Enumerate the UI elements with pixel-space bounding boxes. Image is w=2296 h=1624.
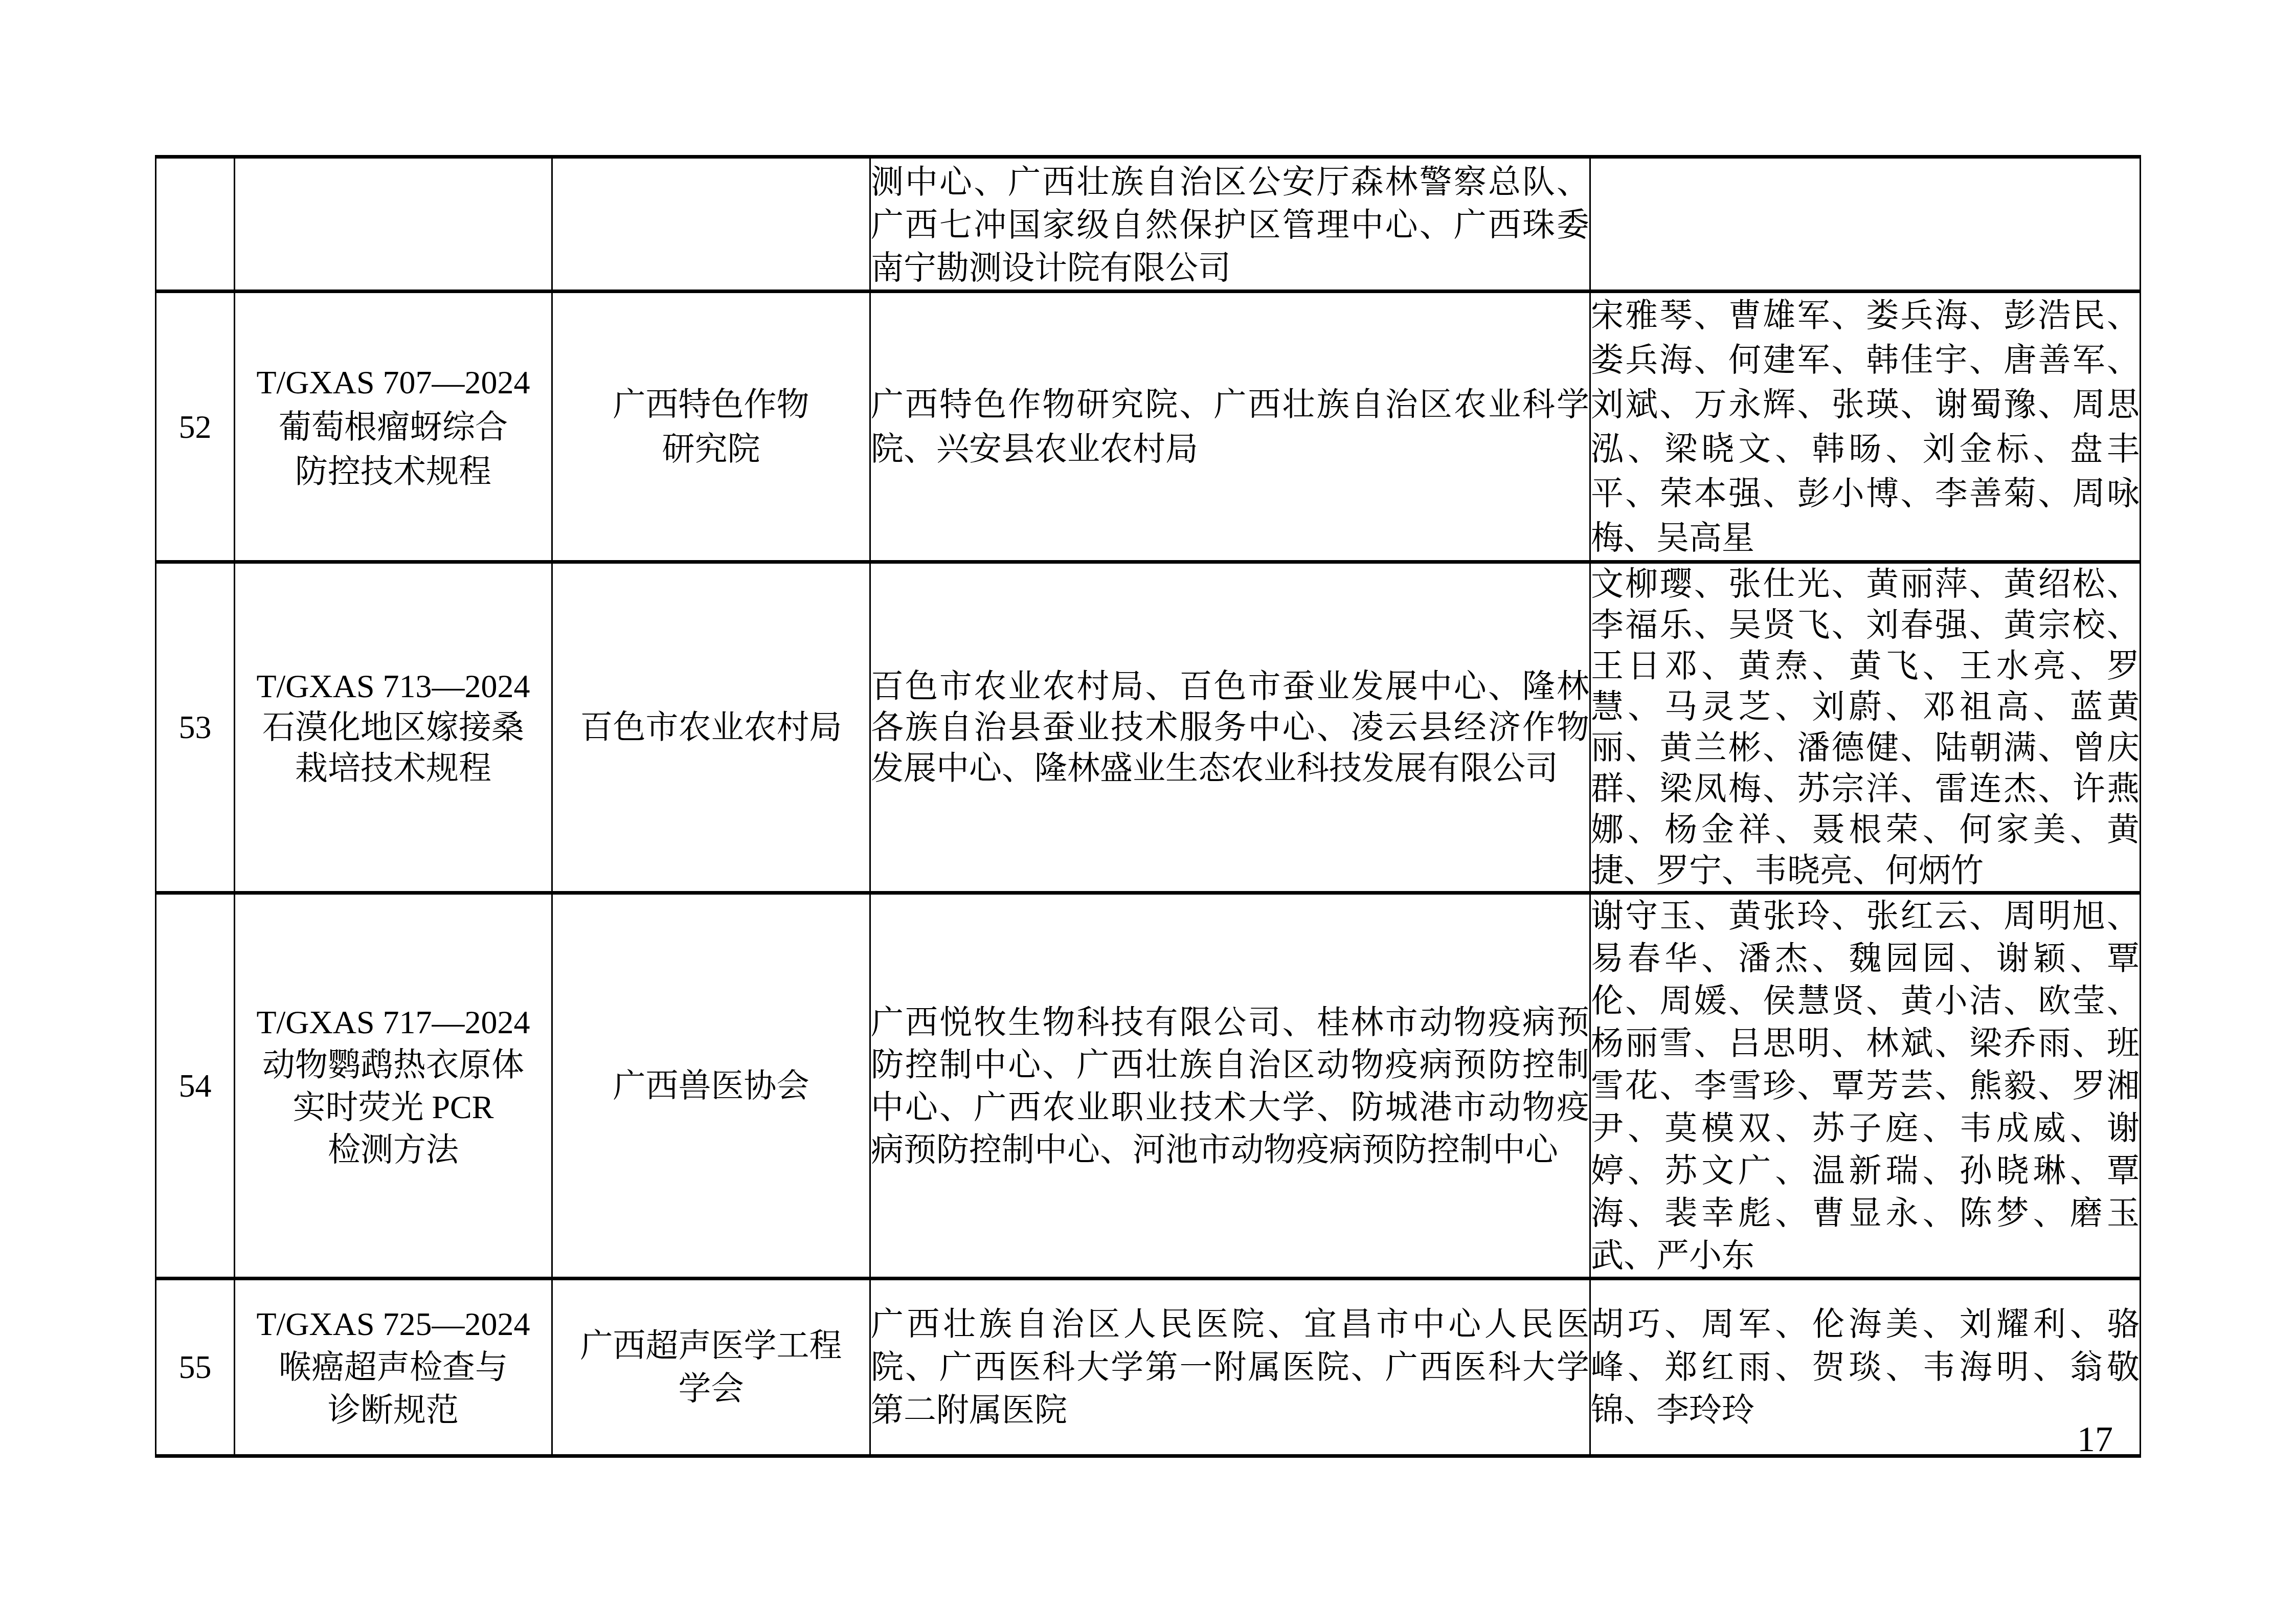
- proposer-cell: 广西兽医协会: [552, 893, 870, 1279]
- table-row-52: 52 T/GXAS 707—2024 葡萄根瘤蚜综合 防控技术规程 广西特色作物…: [156, 292, 2141, 562]
- drafting-units-cell: 广西壮族自治区人民医院、宜昌市中心人民医院、广西医科大学第一附属医院、广西医科大…: [870, 1279, 1590, 1456]
- table-row-53: 53 T/GXAS 713—2024 石漠化地区嫁接桑 栽培技术规程 百色市农业…: [156, 562, 2141, 893]
- drafters-cell: 宋雅琴、曹雄军、娄兵海、彭浩民、娄兵海、何建军、韩佳宇、唐善军、刘斌、万永辉、张…: [1590, 292, 2141, 562]
- seq-cell: 54: [156, 893, 235, 1279]
- proposer-cell: 广西超声医学工程 学会: [552, 1279, 870, 1456]
- standard-cell: T/GXAS 707—2024 葡萄根瘤蚜综合 防控技术规程: [235, 292, 552, 562]
- drafting-units-cell: 百色市农业农村局、百色市蚕业发展中心、隆林各族自治县蚕业技术服务中心、凌云县经济…: [870, 562, 1590, 893]
- proposer-cell: 广西特色作物 研究院: [552, 292, 870, 562]
- table-row-54: 54 T/GXAS 717—2024 动物鹦鹉热衣原体 实时荧光 PCR 检测方…: [156, 893, 2141, 1279]
- standard-cell: T/GXAS 725—2024 喉癌超声检查与 诊断规范: [235, 1279, 552, 1456]
- proposer-cell: 百色市农业农村局: [552, 562, 870, 893]
- drafting-units-cell: 测中心、广西壮族自治区公安厅森林警察总队、广西七冲国家级自然保护区管理中心、广西…: [870, 157, 1590, 292]
- drafting-units-cell: 广西特色作物研究院、广西壮族自治区农业科学院、兴安县农业农村局: [870, 292, 1590, 562]
- table-row-55: 55 T/GXAS 725—2024 喉癌超声检查与 诊断规范 广西超声医学工程…: [156, 1279, 2141, 1456]
- seq-cell: 55: [156, 1279, 235, 1456]
- standards-table: 测中心、广西壮族自治区公安厅森林警察总队、广西七冲国家级自然保护区管理中心、广西…: [155, 155, 2141, 1458]
- proposer-cell: [552, 157, 870, 292]
- table-row-continuation: 测中心、广西壮族自治区公安厅森林警察总队、广西七冲国家级自然保护区管理中心、广西…: [156, 157, 2141, 292]
- seq-cell: 52: [156, 292, 235, 562]
- seq-cell: [156, 157, 235, 292]
- drafters-cell: 谢守玉、黄张玲、张红云、周明旭、易春华、潘杰、魏园园、谢颖、覃伦、周媛、侯慧贤、…: [1590, 893, 2141, 1279]
- drafters-cell: 文柳璎、张仕光、黄丽萍、黄绍松、李福乐、吴贤飞、刘春强、黄宗校、王日邓、黄焘、黄…: [1590, 562, 2141, 893]
- standard-cell: [235, 157, 552, 292]
- page-number: 17: [2077, 1420, 2149, 1460]
- drafting-units-cell: 广西悦牧生物科技有限公司、桂林市动物疫病预防控制中心、广西壮族自治区动物疫病预防…: [870, 893, 1590, 1279]
- seq-cell: 53: [156, 562, 235, 893]
- drafters-cell: 胡巧、周军、伦海美、刘耀利、骆峰、郑红雨、贺琰、韦海明、翁敬锦、李玲玲: [1590, 1279, 2141, 1456]
- standard-cell: T/GXAS 717—2024 动物鹦鹉热衣原体 实时荧光 PCR 检测方法: [235, 893, 552, 1279]
- document-page: 测中心、广西壮族自治区公安厅森林警察总队、广西七冲国家级自然保护区管理中心、广西…: [0, 0, 2296, 1624]
- standard-cell: T/GXAS 713—2024 石漠化地区嫁接桑 栽培技术规程: [235, 562, 552, 893]
- drafters-cell: [1590, 157, 2141, 292]
